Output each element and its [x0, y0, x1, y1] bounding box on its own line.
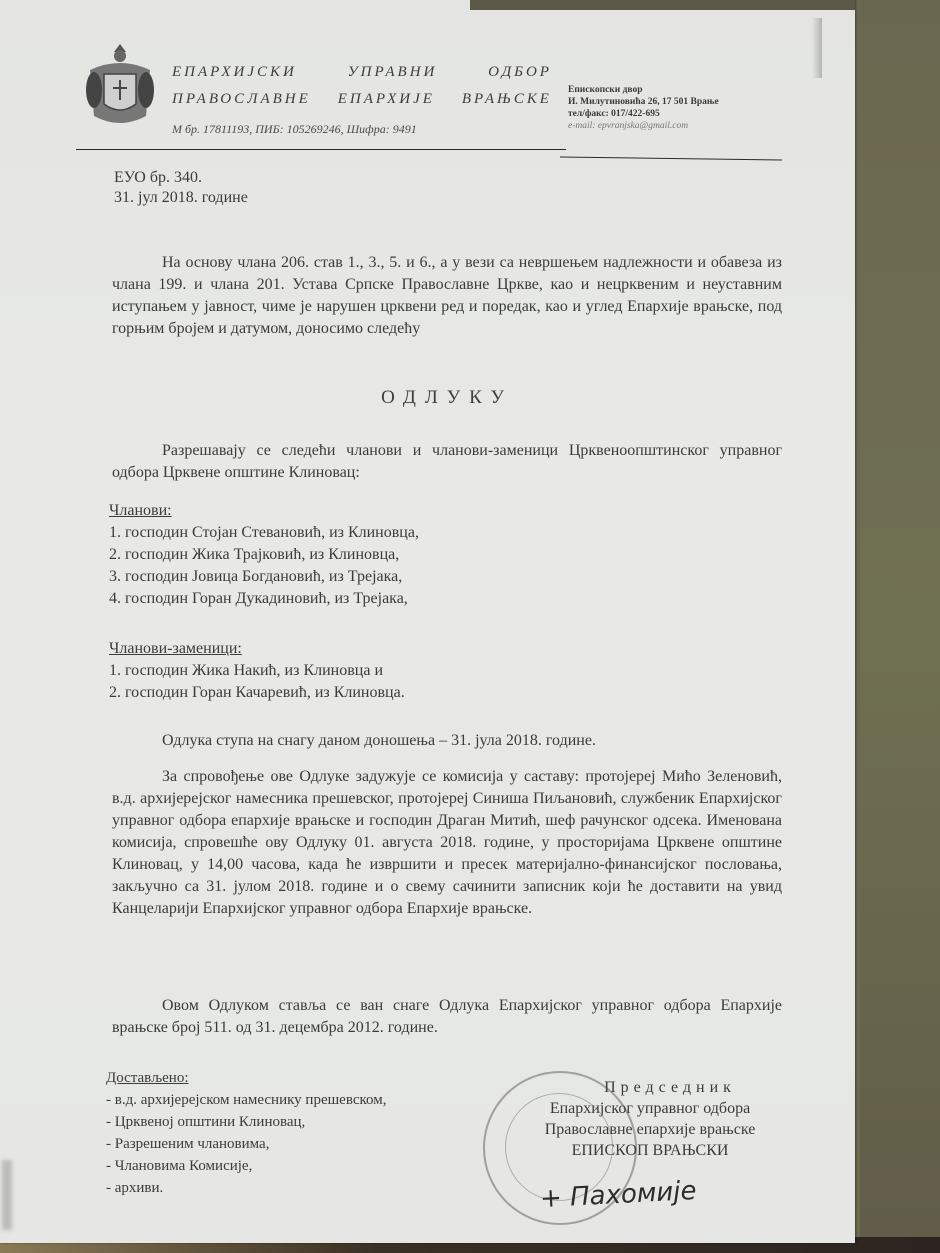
delivered-heading: Достављено: — [106, 1067, 386, 1089]
contact-address: И. Милутиновића 26, 17 501 Врање — [568, 96, 778, 108]
signatory-diocese: Православне епархије врањске — [520, 1119, 780, 1140]
signatory-title: Председник — [520, 1077, 780, 1098]
document-page: ЕПАРХИЈСКИ УПРАВНИ ОДБОР ПРАВОСЛАВНЕ ЕПА… — [0, 0, 855, 1243]
org-word: ПРАВОСЛАВНЕ — [172, 91, 311, 118]
members-heading: Чланови: — [109, 500, 419, 522]
registry-numbers: М бр. 17811193, ПИБ: 105269246, Шифра: 9… — [172, 122, 417, 137]
page-scan-edge — [812, 18, 822, 78]
revocation-paragraph: Овом Одлуком ставља се ван снаге Одлука … — [112, 995, 782, 1039]
deputies-list: Чланови-заменици: 1. господин Жика Накић… — [109, 638, 405, 704]
delivered-list: Достављено: - в.д. архијерејском намесни… — [106, 1067, 386, 1199]
letterhead-divider — [76, 149, 566, 150]
commission-paragraph: За спровођење ове Одлуке задужује се ком… — [112, 766, 782, 920]
commission-text: За спровођење ове Одлуке задужује се ком… — [112, 768, 782, 917]
coat-of-arms-icon — [80, 40, 160, 130]
list-item: - Разрешеним члановима, — [106, 1133, 386, 1155]
deputies-heading: Чланови-заменици: — [109, 638, 405, 660]
signatory-rank: ЕПИСКОП ВРАЊСКИ — [520, 1140, 780, 1161]
signatory-body: Епархијског управног одбора — [520, 1098, 780, 1119]
background-surface — [860, 0, 940, 1253]
page-top-shadow — [470, 0, 855, 10]
list-item: - Члановима Комисије, — [106, 1155, 386, 1177]
contact-email: e-mail: epvranjska@gmail.com — [568, 120, 778, 132]
letterhead-organization: ЕПАРХИЈСКИ УПРАВНИ ОДБОР ПРАВОСЛАВНЕ ЕПА… — [172, 64, 552, 118]
contact-block: Епископски двор И. Милутиновића 26, 17 5… — [568, 84, 778, 132]
contact-address-title: Епископски двор — [568, 84, 778, 96]
list-item: 3. господин Јовица Богдановић, из Трејак… — [109, 566, 419, 588]
org-word: ЕПАРХИЈЕ — [338, 91, 435, 118]
list-item: - в.д. архијерејском намеснику прешевско… — [106, 1089, 386, 1111]
list-item: 2. господин Жика Трајковић, из Клиновца, — [109, 544, 419, 566]
list-item: - архиви. — [106, 1177, 386, 1199]
reference-date: 31. јул 2018. године — [114, 188, 248, 208]
list-item: 4. господин Горан Дукадиновић, из Трејак… — [109, 588, 419, 610]
org-word: ЕПАРХИЈСКИ — [172, 64, 297, 91]
preamble-paragraph: На основу члана 206. став 1., 3., 5. и 6… — [112, 252, 782, 340]
reference-number: ЕУО бр. 340. — [114, 168, 248, 188]
members-list: Чланови: 1. господин Стојан Стевановић, … — [109, 500, 419, 610]
dismissal-text: Разрешавају се следећи чланови и чланови… — [112, 442, 782, 481]
list-item: 1. господин Стојан Стевановић, из Клинов… — [109, 522, 419, 544]
dismissal-paragraph: Разрешавају се следећи чланови и чланови… — [112, 440, 782, 484]
org-word: УПРАВНИ — [348, 64, 438, 91]
org-word: ОДБОР — [488, 64, 552, 91]
reference-block: ЕУО бр. 340. 31. јул 2018. године — [114, 168, 248, 208]
effective-paragraph: Одлука ступа на снагу даном доношења – 3… — [112, 730, 782, 752]
revocation-text: Овом Одлуком ставља се ван снаге Одлука … — [112, 997, 782, 1036]
page-smudge — [2, 1160, 12, 1230]
list-item: - Црквеној општини Клиновац, — [106, 1111, 386, 1133]
list-item: 2. господин Горан Качаревић, из Клиновца… — [109, 682, 405, 704]
signatory-block: Председник Епархијског управног одбора П… — [520, 1077, 780, 1161]
document-title: ОДЛУКУ — [112, 387, 782, 409]
list-item: 1. господин Жика Накић, из Клиновца и — [109, 660, 405, 682]
effective-text: Одлука ступа на снагу даном доношења – 3… — [162, 732, 596, 749]
contact-phone: тел/факс: 017/422-695 — [568, 108, 778, 120]
preamble-text: На основу члана 206. став 1., 3., 5. и 6… — [112, 254, 782, 337]
org-word: ВРАЊСКЕ — [462, 91, 552, 118]
contact-divider — [560, 156, 782, 160]
